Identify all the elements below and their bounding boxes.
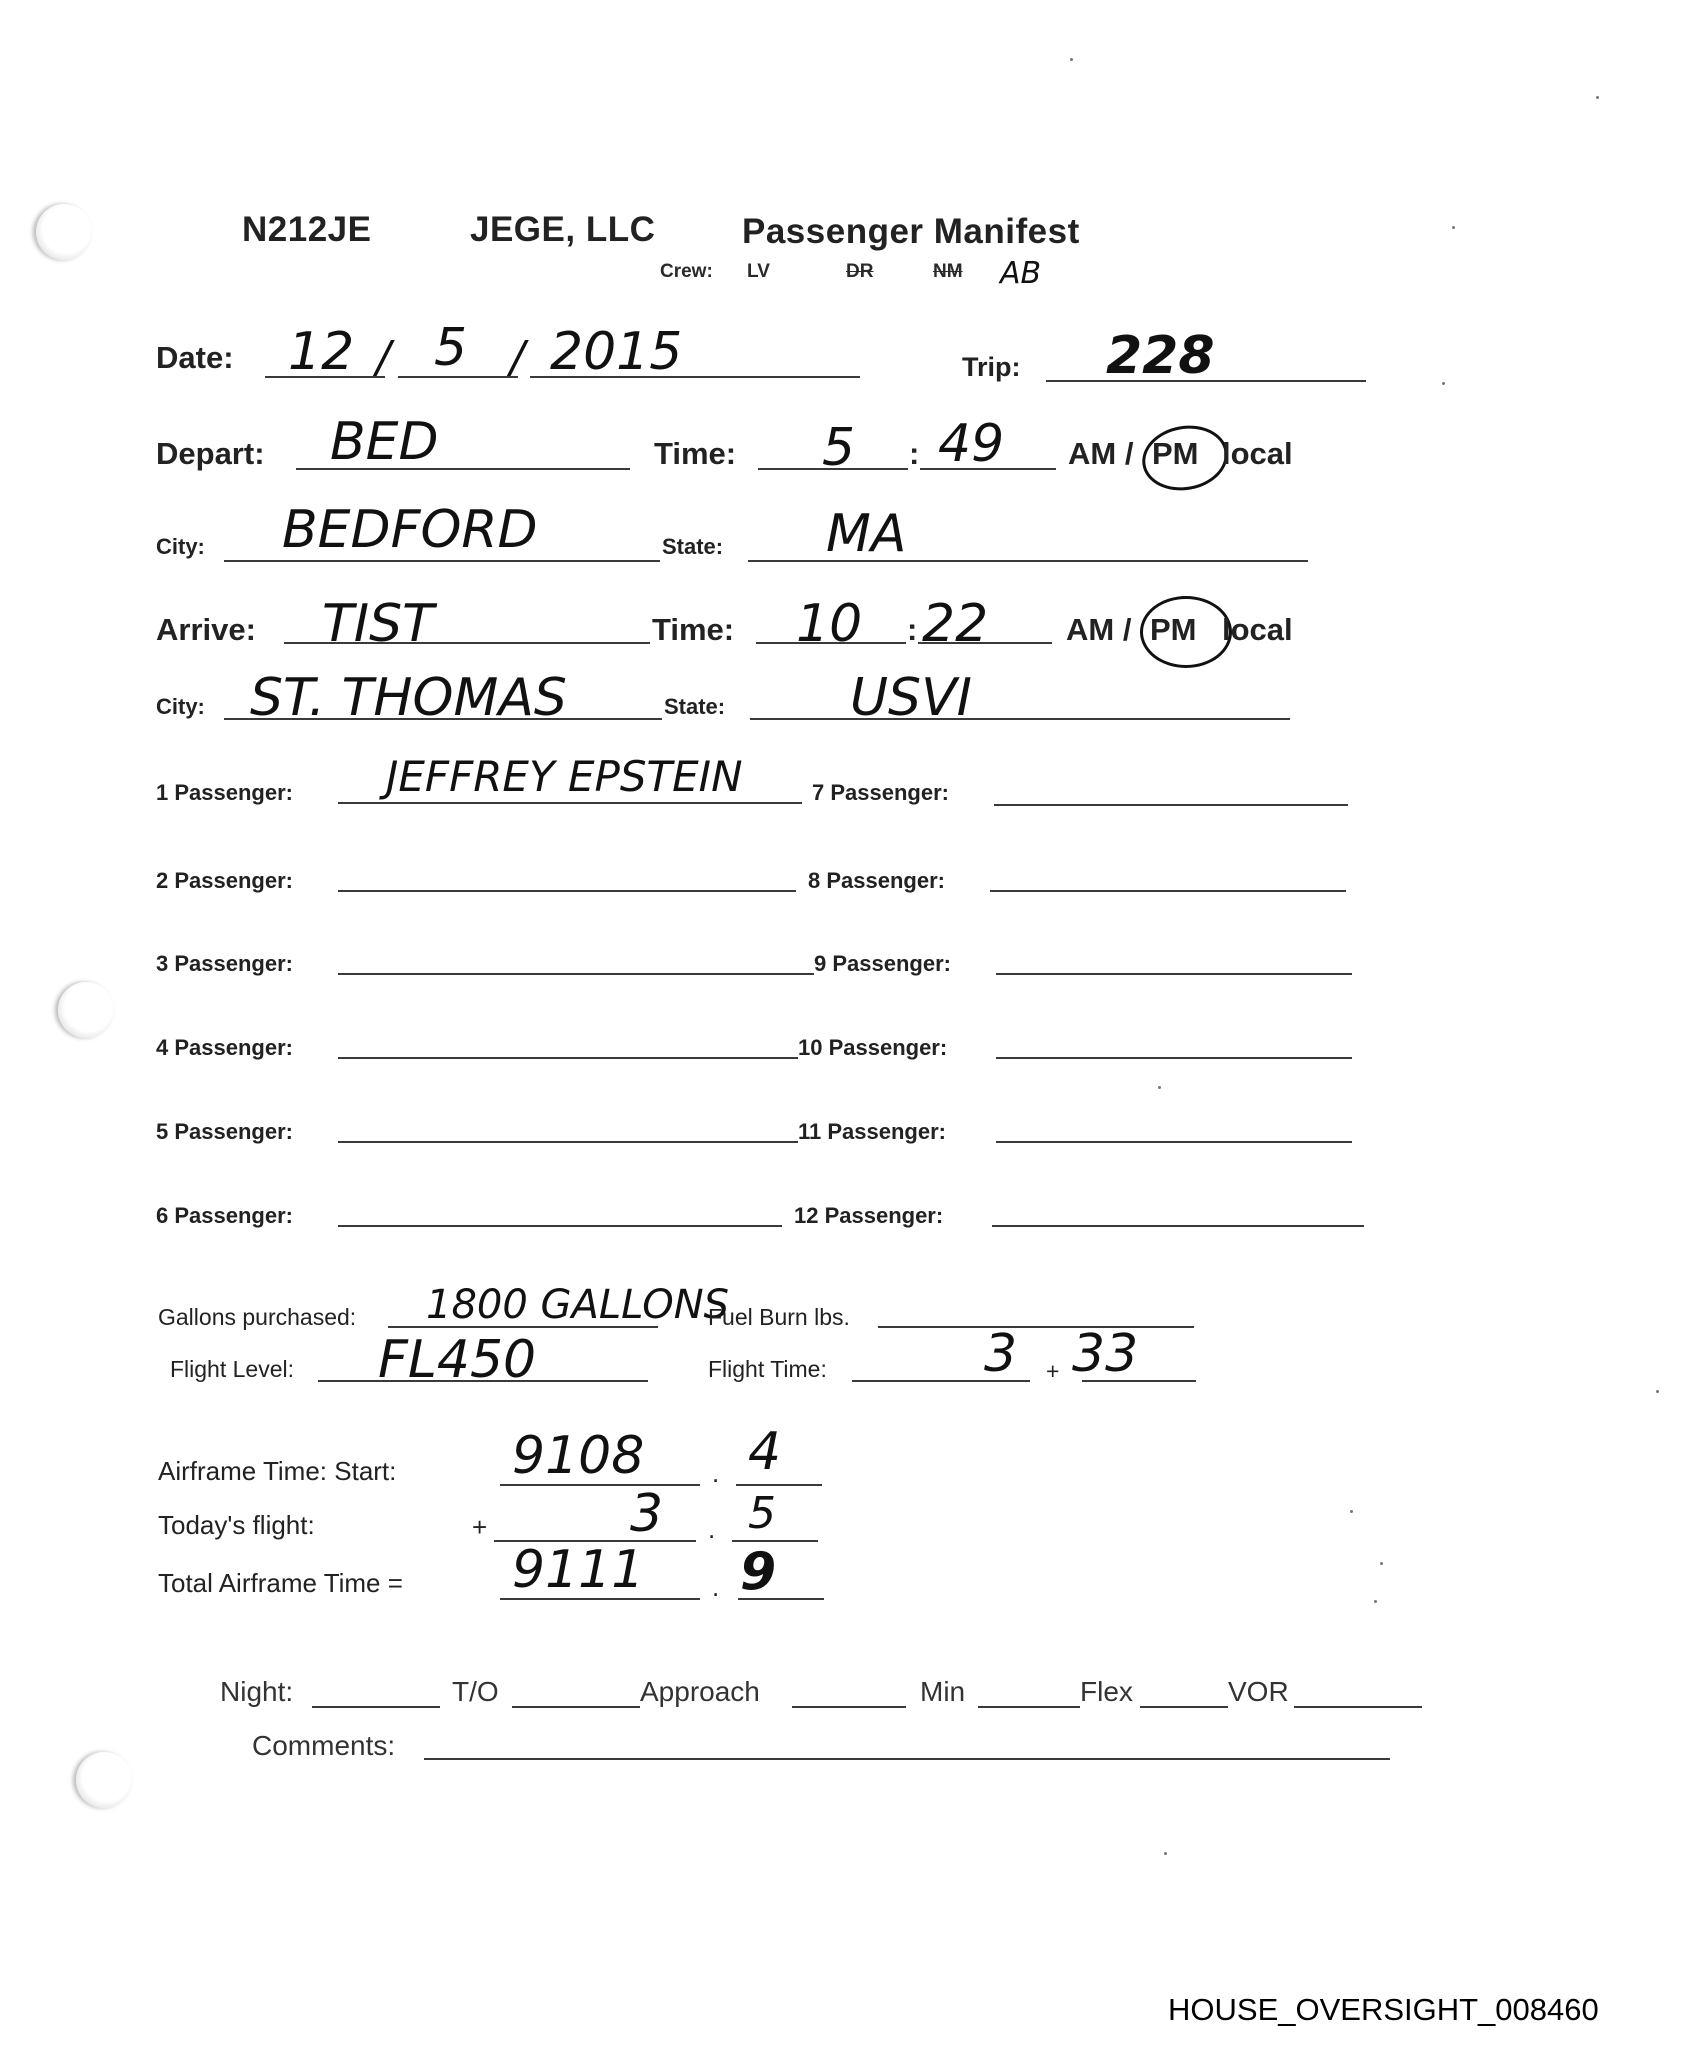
date-label: Date: (156, 340, 234, 376)
scan-speck (1452, 226, 1455, 229)
flight-time-label: Flight Time: (708, 1356, 827, 1383)
comments-label: Comments: (252, 1730, 395, 1762)
depart-am-label: AM / (1068, 436, 1133, 472)
arrive-time-label: Time: (652, 612, 734, 648)
passenger-6-label: 6 Passenger: (156, 1203, 293, 1229)
today-flight-tenth[interactable]: 5 (748, 1488, 776, 1539)
scan-speck (1374, 1600, 1377, 1603)
scan-speck (1656, 1390, 1659, 1393)
date-sep-1: / (376, 332, 391, 383)
vor-label: VOR (1228, 1676, 1289, 1708)
arrive-hour[interactable]: 10 (796, 594, 862, 654)
today-flight-label: Today's flight: (158, 1510, 315, 1541)
bates-number: HOUSE_OVERSIGHT_008460 (1168, 1992, 1599, 2028)
arrive-state[interactable]: USVI (850, 668, 972, 728)
depart-state[interactable]: MA (826, 504, 906, 564)
hole-punch-top (36, 204, 92, 260)
gallons-label: Gallons purchased: (158, 1304, 356, 1331)
depart-city[interactable]: BEDFORD (282, 500, 538, 560)
passenger-11-line[interactable] (996, 1141, 1352, 1143)
passenger-11-label: 11 Passenger: (798, 1119, 946, 1145)
flight-time-minutes[interactable]: 33 (1072, 1324, 1138, 1384)
airframe-start-whole[interactable]: 9108 (512, 1426, 644, 1486)
tail-number: N212JE (242, 210, 371, 250)
arrive-label: Arrive: (156, 612, 256, 648)
crew-member-ab: AB (1000, 256, 1041, 291)
arrive-city-label: City: (156, 694, 205, 720)
today-flight-whole[interactable]: 3 (630, 1484, 663, 1544)
passenger-10-label: 10 Passenger: (798, 1035, 947, 1061)
arrive-city[interactable]: ST. THOMAS (250, 668, 567, 728)
depart-hour[interactable]: 5 (822, 418, 855, 478)
scan-speck (1164, 1852, 1167, 1855)
form-title: Passenger Manifest (742, 212, 1080, 252)
passenger-2-label: 2 Passenger: (156, 868, 293, 894)
today-flight-plus: + (472, 1512, 487, 1543)
passenger-9-line[interactable] (996, 973, 1352, 975)
crew-label: Crew: (660, 261, 713, 283)
scan-speck (1442, 382, 1445, 385)
depart-airport[interactable]: BED (330, 412, 439, 472)
fuel-burn-line[interactable] (878, 1326, 1194, 1328)
company-name: JEGE, LLC (470, 210, 655, 250)
today-flight-dot: . (708, 1514, 715, 1545)
crew-member-dr: DR (846, 261, 873, 283)
scan-speck (1070, 58, 1073, 61)
passenger-4-label: 4 Passenger: (156, 1035, 293, 1061)
passenger-12-line[interactable] (992, 1225, 1364, 1227)
passenger-12-label: 12 Passenger: (794, 1203, 943, 1229)
night-line[interactable] (312, 1706, 440, 1708)
depart-local-label: local (1222, 436, 1293, 472)
trip-label: Trip: (962, 352, 1021, 383)
depart-state-label: State: (662, 534, 723, 560)
flex-label: Flex (1080, 1676, 1133, 1708)
date-month[interactable]: 12 (288, 322, 354, 382)
depart-city-line (224, 560, 660, 562)
passenger-1-line (338, 802, 802, 804)
min-label: Min (920, 1676, 965, 1708)
trip-number[interactable]: 228 (1106, 326, 1215, 386)
total-airframe-tenth[interactable]: 9 (740, 1542, 776, 1602)
airframe-start-label: Airframe Time: Start: (158, 1456, 396, 1487)
comments-line[interactable] (424, 1758, 1390, 1760)
passenger-1-label: 1 Passenger: (156, 780, 293, 806)
passenger-8-line[interactable] (990, 890, 1346, 892)
fuel-burn-label: Fuel Burn lbs. (708, 1304, 850, 1331)
depart-time-label: Time: (654, 436, 736, 472)
passenger-2-line[interactable] (338, 890, 796, 892)
date-year[interactable]: 2015 (550, 322, 682, 382)
vor-line[interactable] (1294, 1706, 1422, 1708)
hole-punch-bottom (76, 1752, 132, 1808)
passenger-9-label: 9 Passenger: (814, 951, 951, 977)
passenger-4-line[interactable] (338, 1057, 798, 1059)
scan-speck (1158, 1086, 1161, 1089)
takeoff-label: T/O (452, 1676, 499, 1708)
takeoff-line[interactable] (512, 1706, 640, 1708)
airframe-start-dot: . (712, 1458, 719, 1489)
passenger-10-line[interactable] (996, 1057, 1352, 1059)
passenger-7-label: 7 Passenger: (812, 780, 949, 806)
hole-punch-middle (58, 982, 114, 1038)
total-airframe-label: Total Airframe Time = (158, 1568, 403, 1599)
passenger-7-line[interactable] (994, 804, 1348, 806)
passenger-3-line[interactable] (338, 973, 814, 975)
total-airframe-whole[interactable]: 9111 (512, 1540, 644, 1600)
total-airframe-dot: . (712, 1572, 719, 1603)
gallons-value[interactable]: 1800 GALLONS (426, 1282, 729, 1328)
arrive-minute[interactable]: 22 (922, 594, 988, 654)
arrive-pm-circle (1140, 596, 1232, 668)
depart-colon: : (909, 436, 919, 472)
flex-line[interactable] (1140, 1706, 1228, 1708)
passenger-3-label: 3 Passenger: (156, 951, 293, 977)
passenger-5-label: 5 Passenger: (156, 1119, 293, 1145)
arrive-state-label: State: (664, 694, 725, 720)
flight-level-value[interactable]: FL450 (378, 1330, 536, 1390)
depart-city-label: City: (156, 534, 205, 560)
arrive-colon: : (907, 612, 917, 648)
scan-speck (1350, 1510, 1353, 1513)
min-line[interactable] (978, 1706, 1080, 1708)
arrive-local-label: local (1222, 612, 1293, 648)
depart-label: Depart: (156, 436, 265, 472)
crew-member-lv: LV (747, 261, 770, 283)
depart-minute[interactable]: 49 (938, 414, 1004, 474)
passenger-5-line[interactable] (338, 1141, 798, 1143)
arrive-am-label: AM / (1066, 612, 1131, 648)
airframe-start-tenth-line (736, 1484, 822, 1486)
arrive-airport[interactable]: TIST (322, 594, 434, 654)
arrive-state-line (750, 718, 1290, 720)
flight-level-label: Flight Level: (170, 1356, 294, 1383)
flight-time-sep: + (1046, 1358, 1059, 1385)
date-day[interactable]: 5 (434, 318, 467, 378)
night-label: Night: (220, 1676, 293, 1708)
passenger-1-value[interactable]: JEFFREY EPSTEIN (386, 752, 743, 801)
depart-pm-circle (1137, 419, 1233, 497)
date-sep-2: / (510, 332, 525, 383)
flight-time-hours[interactable]: 3 (984, 1324, 1017, 1384)
crew-member-nm: NM (933, 261, 963, 283)
passenger-8-label: 8 Passenger: (808, 868, 945, 894)
scan-speck (1596, 96, 1599, 99)
scan-speck (1380, 1562, 1383, 1565)
approach-label: Approach (640, 1676, 760, 1708)
passenger-6-line[interactable] (338, 1225, 782, 1227)
airframe-start-tenth[interactable]: 4 (748, 1422, 781, 1482)
approach-line[interactable] (792, 1706, 906, 1708)
